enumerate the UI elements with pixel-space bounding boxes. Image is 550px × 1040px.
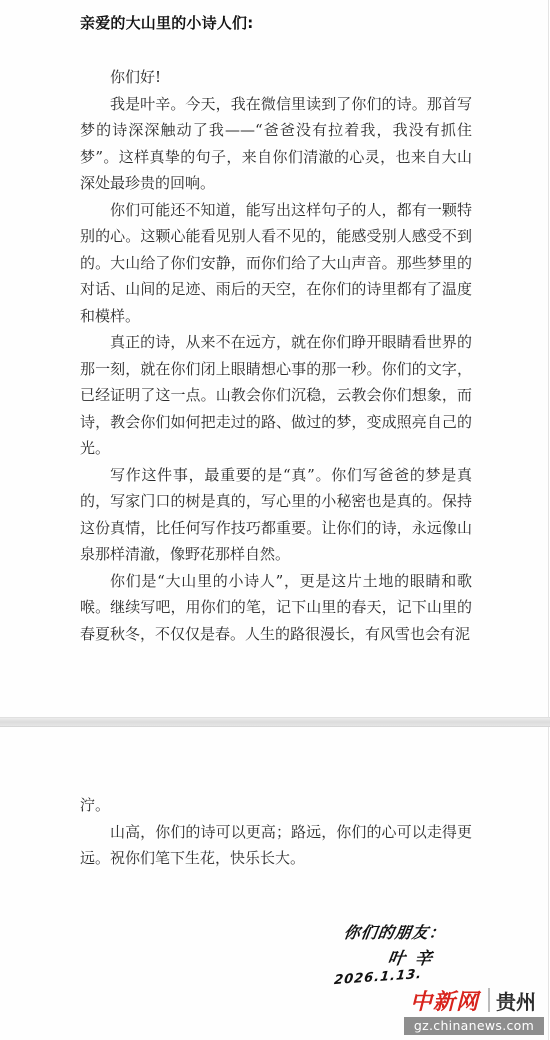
chinanews-logo: 中新网 xyxy=(410,985,479,1016)
paragraph-continuation: 泞。 xyxy=(80,792,472,819)
paragraph: 写作这件事，最重要的是“真”。你们写爸爸的梦是真的，写家门口的树是真的，写心里的… xyxy=(80,462,472,568)
chinanews-watermark: 中新网 贵州 gz.chinanews.com xyxy=(410,985,550,1040)
signature-closing: 你们的朋友： xyxy=(342,920,447,943)
watermark-divider xyxy=(488,988,490,1012)
paragraph-closing-wish: 山高，你们的诗可以更高；路远，你们的心可以走得更远。祝你们笔下生花，快乐长大。 xyxy=(80,819,472,872)
page-break-divider xyxy=(0,717,550,727)
salutation: 亲爱的大山里的小诗人们: xyxy=(80,12,253,33)
paragraph-greeting: 你们好! xyxy=(80,64,472,91)
paragraph: 你们是“大山里的小诗人”，更是这片土地的眼睛和歌喉。继续写吧，用你们的笔，记下山… xyxy=(80,568,472,648)
paragraph: 你们可能还不知道，能写出这样句子的人，都有一颗特别的心。这颗心能看见别人看不见的… xyxy=(80,197,472,330)
paragraph: 我是叶辛。今天，我在微信里读到了你们的诗。那首写梦的诗深深触动了我——“爸爸没有… xyxy=(80,91,472,197)
letter-page-1: 亲爱的大山里的小诗人们: 你们好! 我是叶辛。今天，我在微信里读到了你们的诗。那… xyxy=(0,0,549,717)
watermark-region: 贵州 xyxy=(496,986,536,1015)
letter-body-page-2: 泞。 山高，你们的诗可以更高；路远，你们的心可以走得更远。祝你们笔下生花，快乐长… xyxy=(80,792,472,872)
signature-name: 叶辛 xyxy=(386,944,444,969)
paragraph: 真正的诗，从来不在远方，就在你们睁开眼睛看世界的那一刻，就在你们闭上眼睛想心事的… xyxy=(80,329,472,462)
letter-body-page-1: 你们好! 我是叶辛。今天，我在微信里读到了你们的诗。那首写梦的诗深深触动了我——… xyxy=(80,64,472,647)
watermark-url: gz.chinanews.com xyxy=(404,1017,544,1035)
